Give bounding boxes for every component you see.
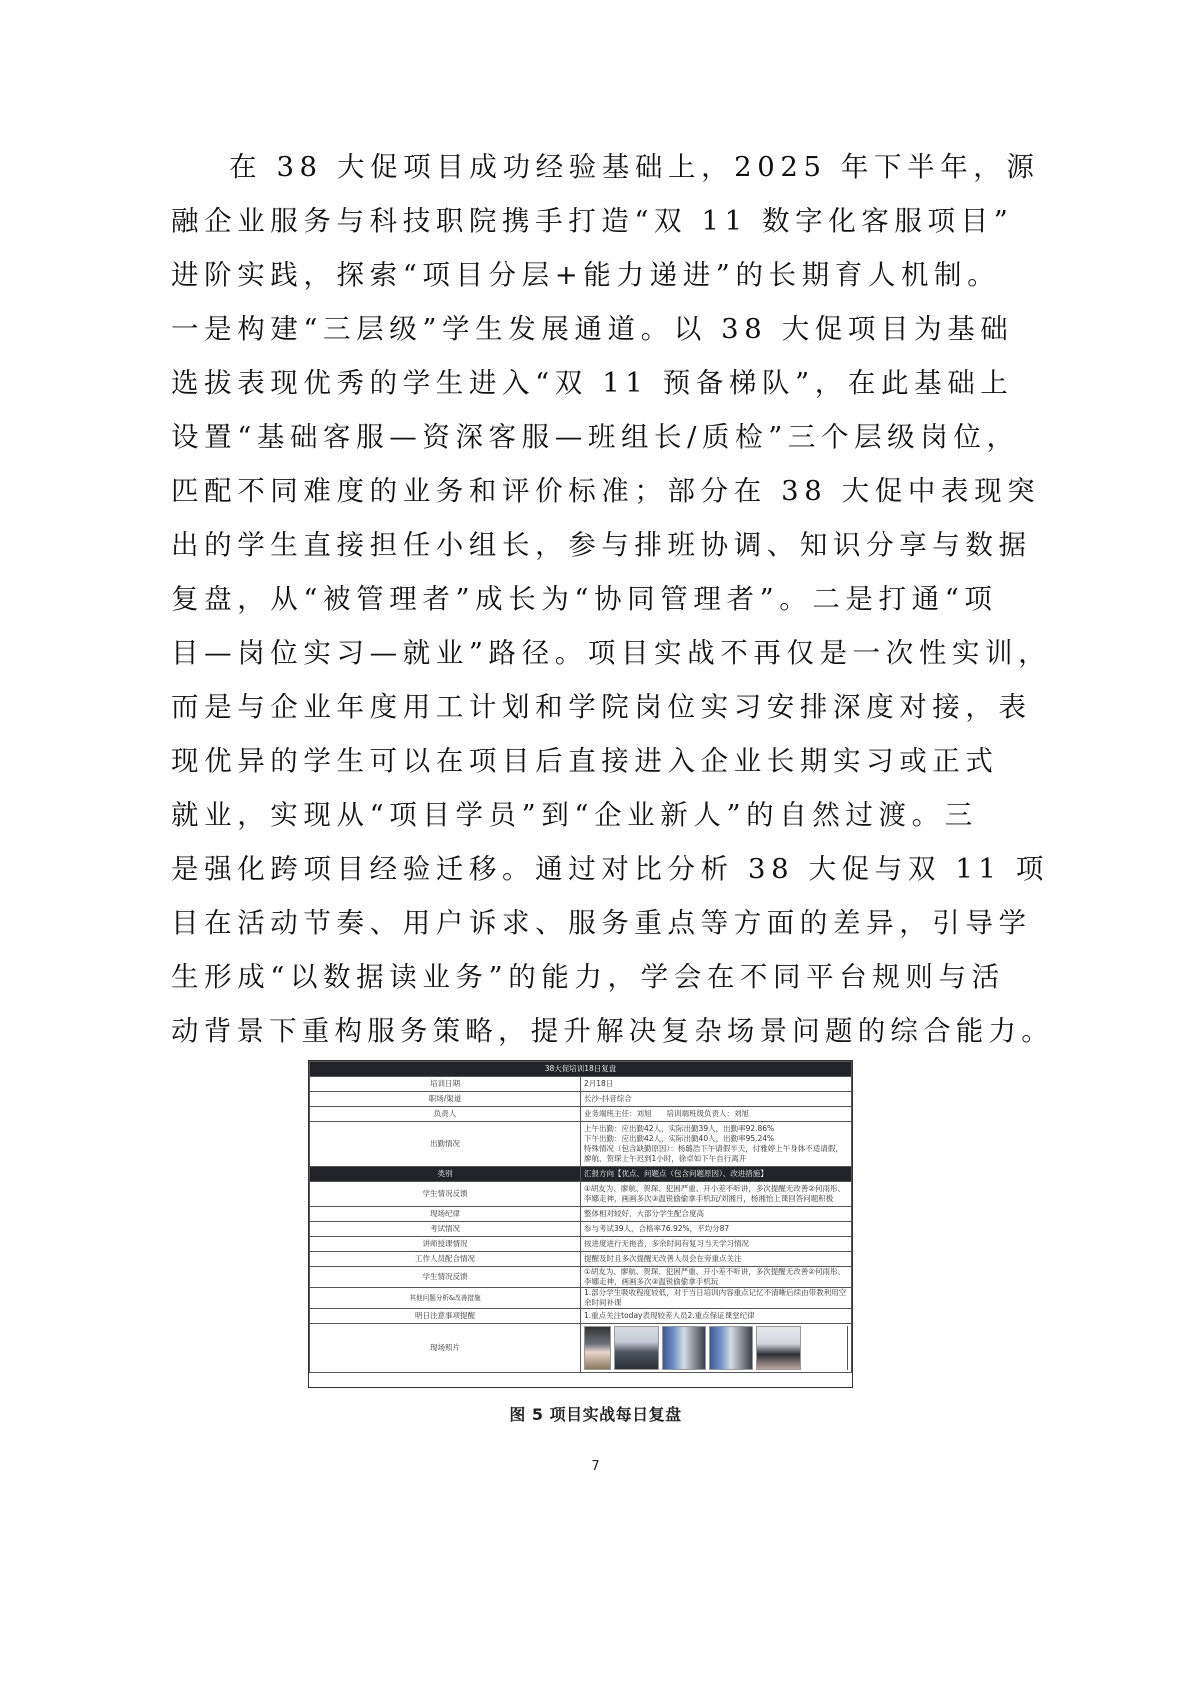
paragraph-line: 是强化跨项目经验迁移。通过对比分析 38 大促与双 11 项 xyxy=(171,842,941,896)
table-row: 考试情况 参与考试39人，合格率76.92%，平均分87 xyxy=(310,1222,852,1237)
row-label: 工作人员配合情况 xyxy=(310,1252,581,1267)
row-label: 其他问题分析&改善措施 xyxy=(310,1288,581,1309)
paragraph-line: 选拔表现优秀的学生进入“双 11 预备梯队”，在此基础上 xyxy=(171,356,941,410)
figure-caption: 图 5 项目实战每日复盘 xyxy=(0,1402,1191,1425)
table-row: 明日注意事项提醒 1.重点关注today表现较差人员2.重点保证课堂纪律 xyxy=(310,1309,852,1324)
table-row: 负责人 业务端班主任：刘旭 培训端班级负责人：刘旭 xyxy=(310,1107,852,1122)
paragraph-line: 在 38 大促项目成功经验基础上，2025 年下半年，源 xyxy=(171,140,941,194)
figure-daily-review-table: 38大促培训18日复盘 培训日期 2月18日 职场/渠道 长沙-抖音综合 负责人… xyxy=(308,1060,853,1388)
row-value: 参与考试39人，合格率76.92%，平均分87 xyxy=(581,1222,852,1237)
paragraph-line: 动背景下重构服务策略，提升解决复杂场景问题的综合能力。 xyxy=(171,1004,941,1058)
paragraph-line: 现优异的学生可以在项目后直接进入企业长期实习或正式 xyxy=(171,734,941,788)
row-label: 培训日期 xyxy=(310,1077,581,1092)
row-value: 汇报方向【优点、问题点（包含问题原因）、改进措施】 xyxy=(581,1167,852,1182)
table-row: 培训日期 2月18日 xyxy=(310,1077,852,1092)
paragraph-line: 出的学生直接担任小组长，参与排班协调、知识分享与数据 xyxy=(171,518,941,572)
attendance-pm: 下午出勤：应出勤42人，实际出勤40人，出勤率95.24% xyxy=(584,1134,848,1144)
table-title: 38大促培训18日复盘 xyxy=(310,1062,852,1077)
row-label: 学生情况反馈 xyxy=(310,1267,581,1288)
paragraph-line: 复盘，从“被管理者”成长为“协同管理者”。二是打通“项 xyxy=(171,572,941,626)
table-row: 出勤情况 上午出勤：应出勤42人，实际出勤39人，出勤率92.86% 下午出勤：… xyxy=(310,1122,852,1167)
row-label: 学生情况反馈 xyxy=(310,1182,581,1207)
empty-photo-slot xyxy=(804,1326,848,1370)
row-value: 长沙-抖音综合 xyxy=(581,1092,852,1107)
row-value: 按进度进行无拖沓，多余时间有复习当天学习情况 xyxy=(581,1237,852,1252)
table-row: 其他问题分析&改善措施 1.部分学生吸收程度较低，对于当日培训内容重点记忆不清晰… xyxy=(310,1288,852,1309)
row-label: 明日注意事项提醒 xyxy=(310,1309,581,1324)
row-value: 业务端班主任：刘旭 培训端班级负责人：刘旭 xyxy=(581,1107,852,1122)
photos-cell xyxy=(581,1324,852,1373)
row-label: 现场照片 xyxy=(310,1324,581,1373)
site-photo-image xyxy=(662,1326,706,1370)
row-value: 提醒及时且多次提醒无改善人员会在旁重点关注 xyxy=(581,1252,852,1267)
site-photo-image xyxy=(614,1326,658,1370)
table-row: 学生情况反馈 ①胡友为、廖航、贺琛、犯困严重、开小差不听讲，多次提醒无改善②何雨… xyxy=(310,1267,852,1288)
table-row-photos: 现场照片 xyxy=(310,1324,852,1373)
row-label: 出勤情况 xyxy=(310,1122,581,1167)
attendance-special: 特殊情况（包含缺勤原因）：杨璐浩下午请假半天，付雅婷上午身体不适请假，廖航、贺琛… xyxy=(584,1144,848,1164)
row-value-attendance: 上午出勤：应出勤42人，实际出勤39人，出勤率92.86% 下午出勤：应出勤42… xyxy=(581,1122,852,1167)
table-row: 现场纪律 整体相对较好，大部分学生配合度高 xyxy=(310,1207,852,1222)
table-row: 工作人员配合情况 提醒及时且多次提醒无改善人员会在旁重点关注 xyxy=(310,1252,852,1267)
row-value: 2月18日 xyxy=(581,1077,852,1092)
paragraph-line: 进阶实践，探索“项目分层+能力递进”的长期育人机制。 xyxy=(171,248,941,302)
table-row: 讲师授课情况 按进度进行无拖沓，多余时间有复习当天学习情况 xyxy=(310,1237,852,1252)
row-label: 考试情况 xyxy=(310,1222,581,1237)
paragraph-line: 匹配不同难度的业务和评价标准；部分在 38 大促中表现突 xyxy=(171,464,941,518)
body-paragraph: 在 38 大促项目成功经验基础上，2025 年下半年，源 融企业服务与科技职院携… xyxy=(171,140,941,1058)
paragraph-line: 一是构建“三层级”学生发展通道。以 38 大促项目为基础 xyxy=(171,302,941,356)
paragraph-line: 生形成“以数据读业务”的能力，学会在不同平台规则与活 xyxy=(171,950,941,1004)
row-label: 现场纪律 xyxy=(310,1207,581,1222)
row-label: 讲师授课情况 xyxy=(310,1237,581,1252)
table-row: 学生情况反馈 ①胡友为、廖航、贺琛、犯困严重、开小差不听讲，多次提醒无改善②何雨… xyxy=(310,1182,852,1207)
paragraph-line: 就业，实现从“项目学员”到“企业新人”的自然过渡。三 xyxy=(171,788,941,842)
page-number: 7 xyxy=(0,1459,1191,1474)
site-photo-image xyxy=(709,1326,753,1370)
row-value: ①胡友为、廖航、贺琛、犯困严重、开小差不听讲，多次提醒无改善②何雨彤、李娜走神，… xyxy=(581,1182,852,1207)
row-value: 整体相对较好，大部分学生配合度高 xyxy=(581,1207,852,1222)
row-label: 职场/渠道 xyxy=(310,1092,581,1107)
paragraph-line: 融企业服务与科技职院携手打造“双 11 数字化客服项目” xyxy=(171,194,941,248)
row-value: 1.部分学生吸收程度较低，对于当日培训内容重点记忆不清晰后续由带教利用空余时间补… xyxy=(581,1288,852,1309)
table-title-row: 38大促培训18日复盘 xyxy=(310,1062,852,1077)
row-label: 负责人 xyxy=(310,1107,581,1122)
table-row: 职场/渠道 长沙-抖音综合 xyxy=(310,1092,852,1107)
paragraph-line: 而是与企业年度用工计划和学院岗位实习安排深度对接，表 xyxy=(171,680,941,734)
row-value: ①胡友为、廖航、贺琛、犯困严重、开小差不听讲，多次提醒无改善②何雨彤、李娜走神，… xyxy=(581,1267,852,1288)
attendance-am: 上午出勤：应出勤42人，实际出勤39人，出勤率92.86% xyxy=(584,1124,848,1134)
paragraph-line: 目在活动节奏、用户诉求、服务重点等方面的差异，引导学 xyxy=(171,896,941,950)
site-photo-image xyxy=(584,1326,611,1370)
row-label: 类别 xyxy=(310,1167,581,1182)
site-photo-image xyxy=(756,1326,800,1370)
row-value: 1.重点关注today表现较差人员2.重点保证课堂纪律 xyxy=(581,1309,852,1324)
review-table: 38大促培训18日复盘 培训日期 2月18日 职场/渠道 长沙-抖音综合 负责人… xyxy=(309,1061,852,1373)
table-category-row: 类别 汇报方向【优点、问题点（包含问题原因）、改进措施】 xyxy=(310,1167,852,1182)
photo-strip xyxy=(584,1326,848,1370)
paragraph-line: 设置“基础客服—资深客服—班组长/质检”三个层级岗位， xyxy=(171,410,941,464)
paragraph-line: 目—岗位实习—就业”路径。项目实战不再仅是一次性实训， xyxy=(171,626,941,680)
